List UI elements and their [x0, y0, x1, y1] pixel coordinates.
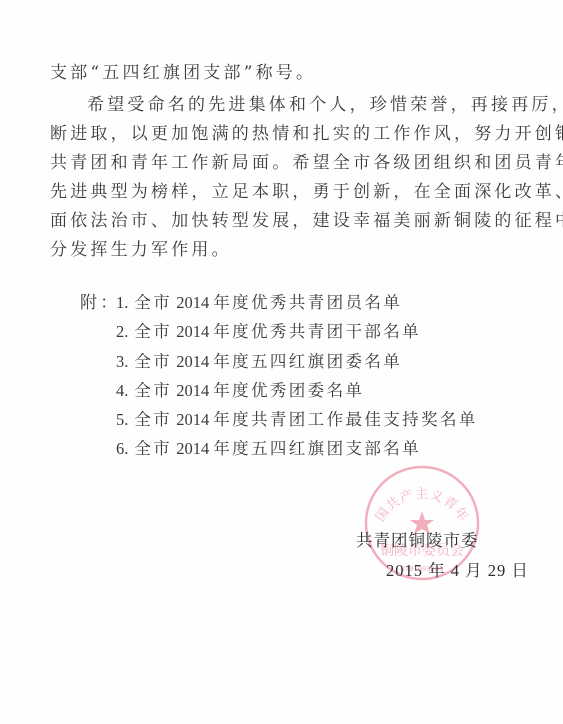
body-line-6: 面依法治市、加快转型发展，建设幸福美丽新铜陵的征程中充 — [50, 210, 563, 232]
attachment-year: 2014 — [176, 293, 209, 312]
attachment-prefix: 全市 — [134, 352, 172, 371]
attachment-year: 2014 — [176, 381, 209, 400]
attachment-prefix: 全市 — [134, 322, 172, 341]
document-page: 支部“五四红旗团支部”称号。 希望受命名的先进集体和个人，珍惜荣誉，再接再厉，不… — [0, 0, 563, 724]
attachment-title: 年度优秀共青团干部名单 — [213, 322, 421, 341]
attachment-title: 年度优秀共青团员名单 — [213, 293, 402, 312]
body-line-3: 断进取，以更加饱满的热情和扎实的工作作风，努力开创铜陵 — [50, 123, 563, 145]
attachment-number: 6. — [116, 439, 128, 458]
attachment-item-2: 2.全市2014年度优秀共青团干部名单 — [116, 321, 421, 343]
attachment-title: 年度五四红旗团委名单 — [213, 352, 402, 371]
attachment-number: 4. — [116, 381, 128, 400]
signature-organization: 共青团铜陵市委 — [356, 530, 479, 552]
attachment-prefix: 全市 — [134, 410, 172, 429]
attachment-item-1: 1.全市2014年度优秀共青团员名单 — [116, 292, 402, 314]
attachment-year: 2014 — [176, 352, 209, 371]
attachment-title: 年度共青团工作最佳支持奖名单 — [213, 410, 478, 429]
body-line-1: 支部“五四红旗团支部”称号。 — [50, 62, 316, 84]
attachment-year: 2014 — [176, 439, 209, 458]
attachment-item-4: 4.全市2014年度优秀团委名单 — [116, 380, 364, 402]
signature-date: 2015 年 4 月 29 日 — [386, 560, 529, 582]
attachment-item-3: 3.全市2014年度五四红旗团委名单 — [116, 351, 402, 373]
attachment-title: 年度五四红旗团支部名单 — [213, 439, 421, 458]
body-line-7: 分发挥生力军作用。 — [50, 239, 232, 261]
attachment-number: 3. — [116, 352, 128, 371]
attachment-prefix: 全市 — [134, 381, 172, 400]
attachment-number: 5. — [116, 410, 128, 429]
attachment-number: 1. — [116, 293, 128, 312]
attachment-prefix: 全市 — [134, 439, 172, 458]
attachment-prefix: 全市 — [134, 293, 172, 312]
attachment-year: 2014 — [176, 410, 209, 429]
attachment-number: 2. — [116, 322, 128, 341]
attachments-label: 附： — [80, 292, 120, 314]
body-line-2: 希望受命名的先进集体和个人，珍惜荣誉，再接再厉，不 — [87, 94, 563, 116]
attachment-item-5: 5.全市2014年度共青团工作最佳支持奖名单 — [116, 409, 478, 431]
body-line-4: 共青团和青年工作新局面。希望全市各级团组织和团员青年以 — [50, 152, 563, 174]
attachment-title: 年度优秀团委名单 — [213, 381, 364, 400]
body-line-5: 先进典型为榜样，立足本职，勇于创新，在全面深化改革、全 — [50, 181, 563, 203]
svg-text:中国共产主义青年团: 中国共产主义青年团 — [362, 463, 472, 525]
attachment-year: 2014 — [176, 322, 209, 341]
seal-outer-text: 中国共产主义青年团 — [362, 463, 472, 525]
attachment-item-6: 6.全市2014年度五四红旗团支部名单 — [116, 438, 421, 460]
